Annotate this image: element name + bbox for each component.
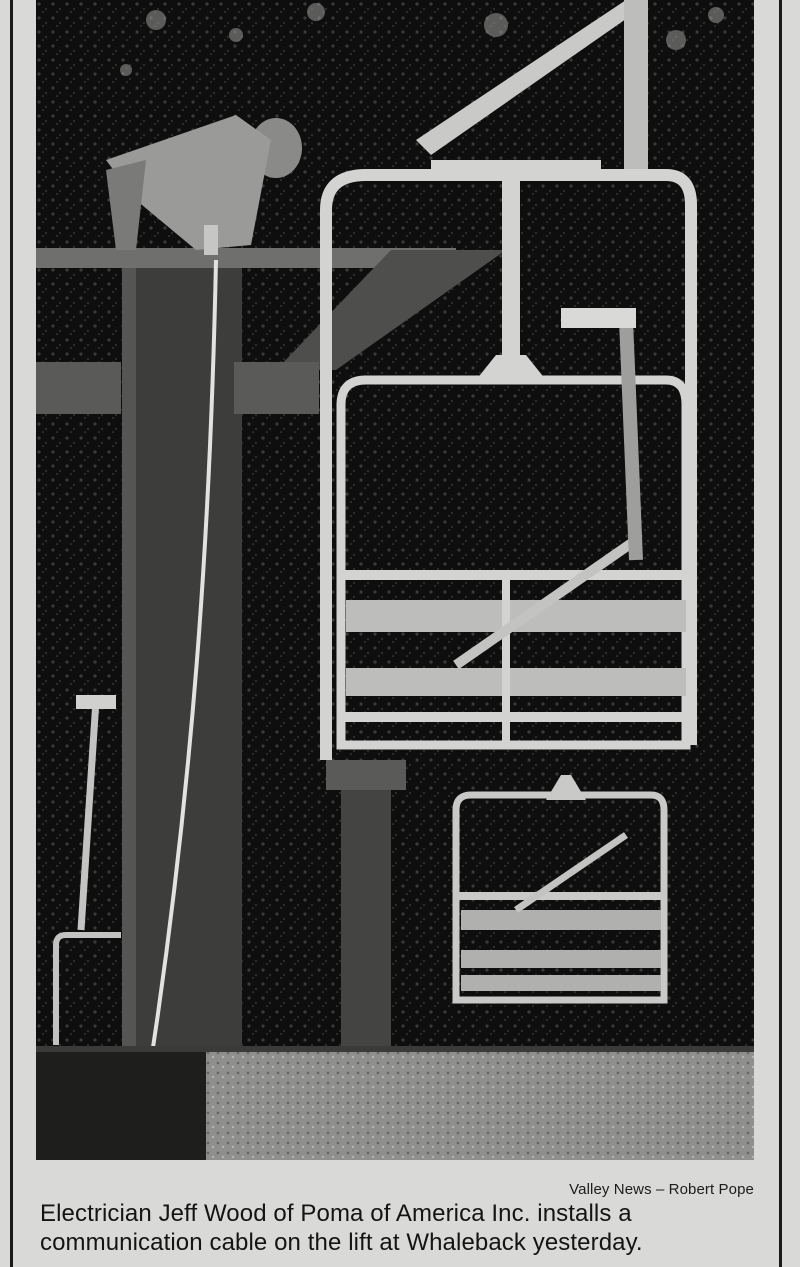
- concrete-base: [206, 1050, 754, 1160]
- page-border-left: [10, 0, 13, 1267]
- news-photo: [36, 0, 754, 1160]
- lift-tower-column: [122, 255, 242, 1055]
- page-border-right: [779, 0, 782, 1267]
- chairlift-illustration: [36, 0, 754, 1160]
- photo-caption: Electrician Jeff Wood of Poma of America…: [40, 1199, 760, 1257]
- bracket-right: [234, 362, 319, 414]
- upright-post-top: [624, 0, 648, 175]
- support-column: [341, 790, 391, 1050]
- bracket-left: [36, 362, 121, 414]
- photo-credit: Valley News – Robert Pope: [569, 1181, 754, 1198]
